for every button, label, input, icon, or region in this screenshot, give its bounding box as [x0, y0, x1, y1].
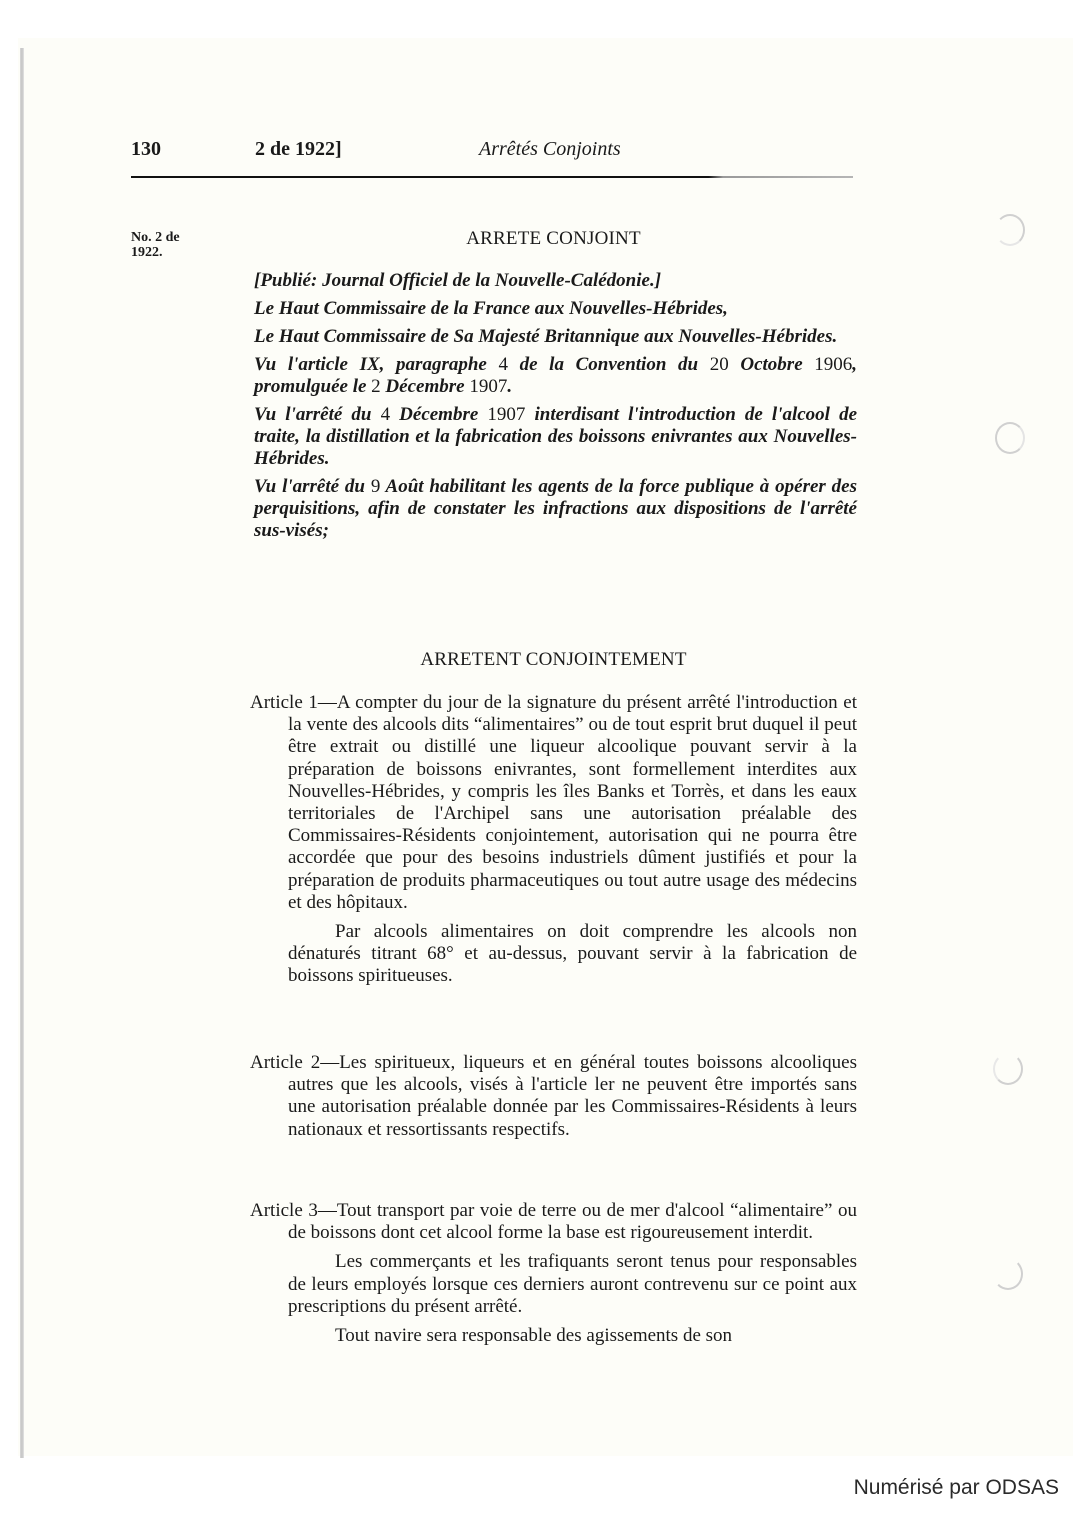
- article-paragraph: Article 2—Les spiritueux, liqueurs et en…: [250, 1052, 857, 1141]
- text-run: de la Convention du: [508, 354, 710, 375]
- text-run: 1907: [487, 404, 525, 425]
- text-run: Décembre: [390, 404, 487, 425]
- article-paragraph: Article 1—A compter du jour de la signat…: [250, 692, 857, 914]
- page-number: 130: [131, 138, 161, 161]
- article-2: Article 2—Les spiritueux, liqueurs et en…: [250, 1052, 857, 1141]
- text-run: Octobre: [729, 354, 815, 375]
- page-edge-shadow: [20, 48, 24, 1458]
- text-run: Vu l'article IX, paragraphe: [254, 354, 498, 375]
- running-head-title: Arrêtés Conjoints: [479, 138, 621, 161]
- text-run: Vu l'arrêté du: [254, 476, 371, 497]
- preamble-decree-1907-reference: Vu l'arrêté du 4 Décembre 1907 interdisa…: [254, 404, 857, 470]
- text-run: 2: [371, 376, 381, 397]
- text-run: Vu l'arrêté du: [254, 404, 381, 425]
- preamble-decree-august-reference: Vu l'arrêté du 9 Août habilitant les age…: [254, 476, 857, 542]
- binder-hole-mark: [995, 214, 1025, 246]
- text-run: 4: [498, 354, 508, 375]
- article-paragraph: Tout navire sera responsable des agissem…: [250, 1325, 857, 1347]
- article-paragraph: Article 3—Tout transport par voie de ter…: [250, 1200, 857, 1244]
- text-run: 20: [710, 354, 729, 375]
- digitization-stamp: Numérisé par ODSAS: [854, 1476, 1059, 1500]
- preamble-british-commissioner: Le Haut Commissaire de Sa Majesté Britan…: [254, 326, 857, 348]
- text-run: 4: [381, 404, 391, 425]
- text-run: Décembre: [381, 376, 470, 397]
- document-heading: ARRETE CONJOINT: [250, 228, 857, 250]
- section-heading: ARRETENT CONJOINTEMENT: [250, 649, 857, 671]
- running-head-reference: 2 de 1922]: [255, 138, 342, 161]
- margin-note-line: No. 2 de: [131, 230, 211, 245]
- margin-note-line: 1922.: [131, 245, 211, 260]
- header-rule: [131, 176, 853, 178]
- preamble: [Publié: Journal Officiel de la Nouvelle…: [254, 270, 857, 548]
- text-run: .: [507, 376, 512, 397]
- article-paragraph: Les commerçants et les trafiquants seron…: [250, 1251, 857, 1318]
- binder-hole-mark: [995, 422, 1025, 454]
- text-run: 1906: [814, 354, 852, 375]
- margin-note: No. 2 de 1922.: [131, 230, 211, 260]
- article-3: Article 3—Tout transport par voie de ter…: [250, 1200, 857, 1347]
- binder-hole-mark: [993, 1053, 1023, 1085]
- article-paragraph: Par alcools alimentaires on doit compren…: [250, 921, 857, 988]
- preamble-french-commissioner: Le Haut Commissaire de la France aux Nou…: [254, 298, 857, 320]
- preamble-publication: [Publié: Journal Officiel de la Nouvelle…: [254, 270, 857, 292]
- preamble-convention-reference: Vu l'article IX, paragraphe 4 de la Conv…: [254, 354, 857, 398]
- text-run: 9: [371, 476, 381, 497]
- running-head: 130 2 de 1922] Arrêtés Conjoints: [131, 138, 851, 164]
- text-run: 1907: [469, 376, 507, 397]
- binder-hole-mark: [993, 1258, 1023, 1290]
- article-1: Article 1—A compter du jour de la signat…: [250, 692, 857, 988]
